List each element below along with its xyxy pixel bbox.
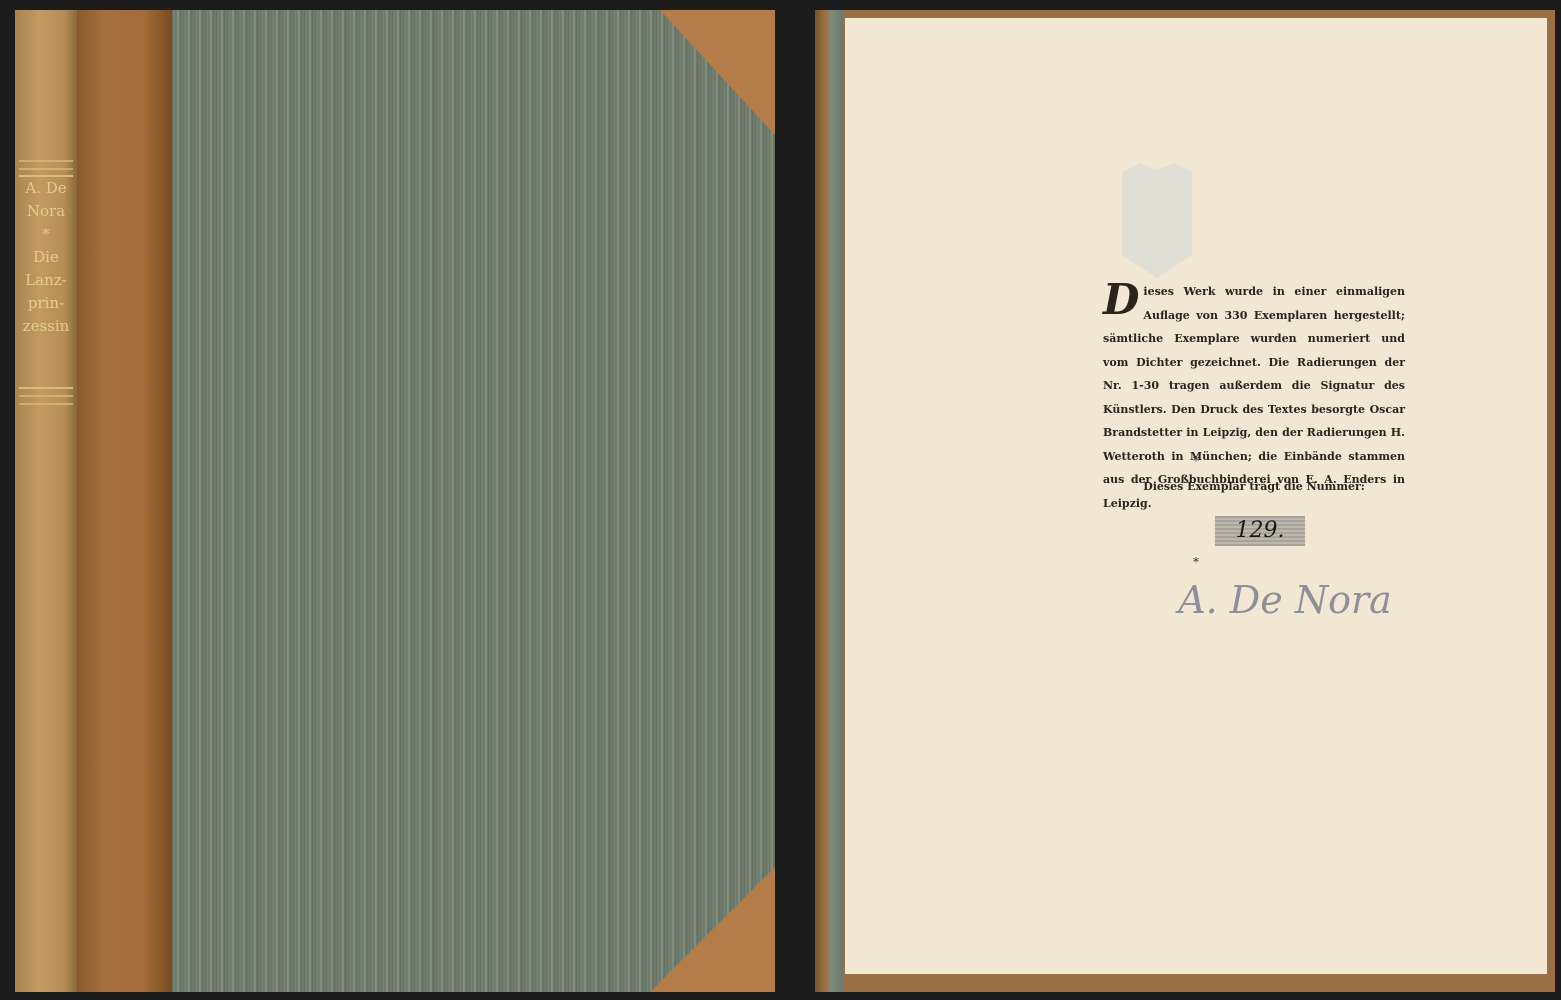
- spine-line: A. De: [19, 177, 73, 200]
- book-spine: A. De Nora * Die Lanz- prin- zessin: [15, 10, 77, 992]
- spine-band: [19, 403, 73, 405]
- colophon-body: ieses Werk wurde in einer einmaligen Auf…: [1103, 285, 1405, 510]
- coat-of-arms-icon: [1122, 163, 1192, 278]
- leather-spine-strip: [77, 10, 172, 992]
- spine-line: Lanz-: [19, 269, 73, 292]
- separator-star: *: [845, 454, 1547, 468]
- colophon-page: Dieses Werk wurde in einer einmaligen Au…: [845, 18, 1547, 974]
- board-edge: [815, 10, 843, 992]
- spine-title: A. De Nora * Die Lanz- prin- zessin: [19, 175, 73, 389]
- cloth-cover-board: [172, 10, 775, 992]
- spine-line: *: [19, 223, 73, 246]
- leather-corner-bottom: [650, 867, 775, 992]
- closed-book-cover: A. De Nora * Die Lanz- prin- zessin: [15, 10, 775, 992]
- spine-line: prin-: [19, 292, 73, 315]
- spine-line: Nora: [19, 200, 73, 223]
- separator-star: *: [845, 555, 1547, 569]
- copy-number-box: 129.: [1215, 516, 1305, 546]
- spine-band: [19, 168, 73, 170]
- spine-band: [19, 395, 73, 397]
- leather-corner-top: [660, 10, 775, 135]
- spine-band: [19, 160, 73, 162]
- author-signature: A. De Nora: [1155, 578, 1415, 622]
- open-book: Dieses Werk wurde in einer einmaligen Au…: [815, 10, 1555, 992]
- spine-line: zessin: [19, 315, 73, 338]
- exemplar-label: Dieses Exemplar trägt die Nummer:: [1103, 480, 1405, 493]
- drop-cap: D: [1103, 280, 1139, 320]
- spine-line: Die: [19, 246, 73, 269]
- copy-number: 129.: [1236, 518, 1285, 543]
